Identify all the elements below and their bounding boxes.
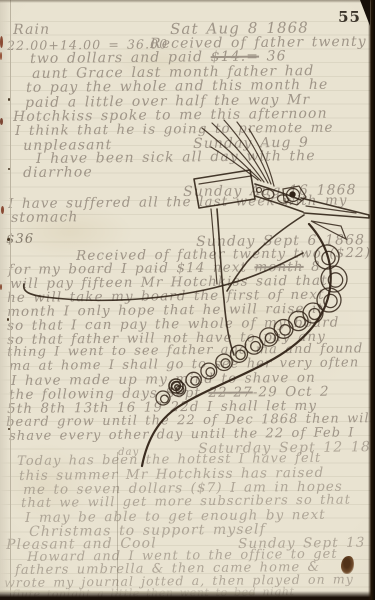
edge-speck xyxy=(7,238,10,241)
page-edge-bottom xyxy=(0,591,375,600)
page-edge-top xyxy=(0,0,375,3)
red-wear-mark xyxy=(0,36,3,48)
red-wear-mark xyxy=(0,52,2,60)
manuscript-line: Rain xyxy=(13,22,50,38)
paper-crease xyxy=(117,452,118,594)
edge-speck xyxy=(7,318,9,321)
edge-speck xyxy=(8,428,10,430)
manuscript-text-layer: RainSat Aug 8 186822.00+14.00 = 36.00Rec… xyxy=(0,0,375,600)
manuscript-line: stomach xyxy=(11,209,79,226)
journal-page: 55 RainSat Aug 8 186822.00+14.00 = 36.00… xyxy=(0,0,375,600)
edge-speck xyxy=(8,168,10,170)
page-edge-left xyxy=(0,0,11,600)
edge-speck xyxy=(8,98,10,101)
binding-edge-right xyxy=(368,0,375,600)
red-wear-mark xyxy=(0,284,2,290)
manuscript-line: diarrhoe xyxy=(23,164,93,181)
red-wear-mark xyxy=(1,206,4,214)
red-wear-mark xyxy=(0,118,3,125)
